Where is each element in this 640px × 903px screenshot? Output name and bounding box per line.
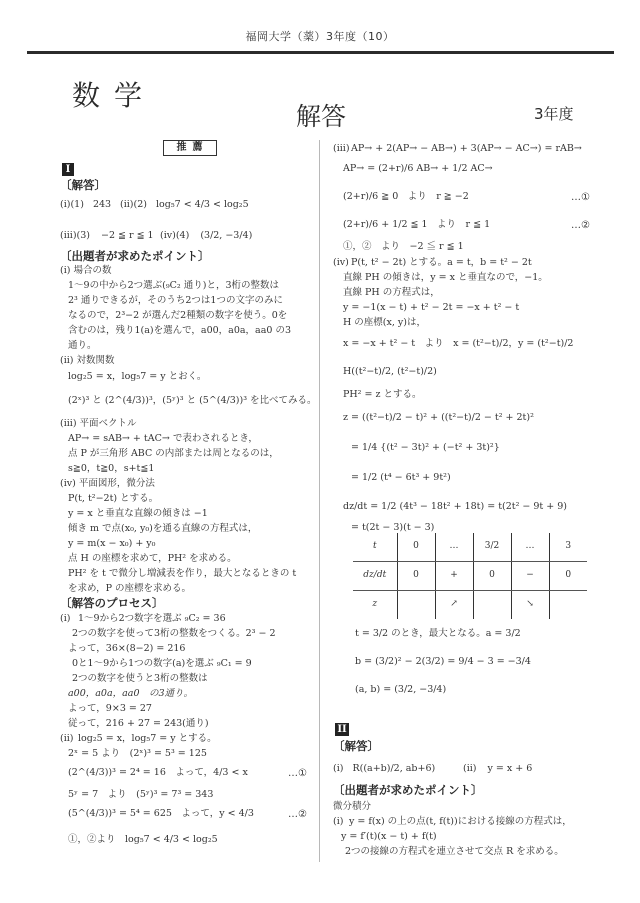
page-title: 解答 <box>296 97 346 133</box>
process-i-line: よって，9×3 = 27 <box>68 702 152 716</box>
increase-decrease-table: t 0 … 3/2 … 3 dz/dt 0 + 0 − 0 z ↗ ↘ <box>353 533 587 619</box>
point-iv-line: PH² を t で微分し増減表を作り，最大となるときの t <box>68 567 296 581</box>
answer-4: (iv)(4) (3/2, −3/4) <box>160 229 252 243</box>
process-i-line: a00，a0a，aa0 の3通り。 <box>68 687 193 701</box>
point-i-line: なるので，2³−2 が選んだ2種類の数字を使う。0を <box>68 309 287 323</box>
point-iv-line: y = m(x − x₀) + y₀ <box>68 537 156 551</box>
iv-line: dz/dt = 1/2 (4t³ − 18t² + 18t) = t(2t² −… <box>343 500 567 514</box>
process-i-line: 2つの数字を使って3桁の整数をつくる。2³ − 2 <box>72 627 276 641</box>
year-label: 3年度 <box>534 103 574 124</box>
ii-points-line: 2つの接線の方程式を連立させて交点 R を求める。 <box>345 845 564 859</box>
point-iv-line: 点 H の座標を求めて，PH² を求める。 <box>68 552 237 566</box>
ii-points-line: y = f′(t)(x − t) + f(t) <box>341 830 437 844</box>
iii-line: ①，② より −2 ≦ r ≦ 1 <box>343 240 464 254</box>
equation-mark-1: …① <box>288 766 307 781</box>
table-cell: 0 <box>473 561 511 590</box>
iv-line: x = −x + t² − t より x = (t²−t)/2，y = (t²−… <box>343 337 573 351</box>
iv-conclusion-line: t = 3/2 のとき，最大となる。a = 3/2 <box>355 627 521 641</box>
answers-heading: 〔解答〕 <box>333 738 379 755</box>
table-cell: + <box>435 561 473 590</box>
iv-conclusion-line: b = (3/2)² − 2(3/2) = 9/4 − 3 = −3/4 <box>355 655 531 669</box>
ii-answer-1-value: R((a+b)/2, ab+6) <box>352 763 435 774</box>
table-cell <box>397 590 435 619</box>
table-cell: … <box>511 533 549 561</box>
iv-line: H の座標(x, y)は， <box>343 316 426 330</box>
point-iv-line: P(t, t²−2t) とする。 <box>68 492 158 506</box>
roman-numeral-II: II <box>335 723 349 736</box>
answer-2-value: log₅7 < 4/3 < log₂5 <box>156 199 249 210</box>
table-cell: 0 <box>397 561 435 590</box>
process-heading: 〔解答のプロセス〕 <box>60 595 164 612</box>
table-row: z ↗ ↘ <box>353 590 587 619</box>
iii-line: (2+r)/6 + 1/2 ≦ 1 より r ≦ 1 <box>343 218 490 232</box>
ii-answer-2-label: (ii) <box>463 763 477 774</box>
ii-answer-2: (ii) y = x + 6 <box>463 762 532 776</box>
point-iii-line: s≧0，t≧0，s+t≦1 <box>68 462 154 476</box>
table-row: t 0 … 3/2 … 3 <box>353 533 587 561</box>
decrease-arrow-icon: ↘ <box>511 590 549 619</box>
equation-mark-2: …② <box>571 218 590 233</box>
process-ii-line: (5^(4/3))³ = 5⁴ = 625 よって，y < 4/3 <box>68 807 254 821</box>
ii-points-label: (i) <box>333 815 343 829</box>
process-ii-line: 5ʸ = 7 より (5ʸ)³ = 7³ = 343 <box>68 788 213 802</box>
roman-numeral-I: I <box>62 163 74 176</box>
iv-line: = 1/4 {(t² − 3t)² + (−t² + 3t)²} <box>351 441 500 455</box>
point-i-line: 1〜9の中から2つ選ぶ(₉C₂ 通り)と，3桁の整数は <box>68 279 279 293</box>
answer-4-value: (3/2, −3/4) <box>200 230 252 241</box>
ii-answer-2-value: y = x + 6 <box>488 763 533 774</box>
point-iii-title: (iii) 平面ベクトル <box>60 417 137 431</box>
table-cell: 0 <box>397 533 435 561</box>
process-ii-line: log₂5 = x，log₅7 = y とする。 <box>78 732 217 746</box>
process-i-label: (i) <box>60 612 70 626</box>
answer-3: (iii)(3) −2 ≦ r ≦ 1 <box>60 229 154 243</box>
process-i-line: よって，36×(8−2) = 216 <box>68 642 185 656</box>
process-ii-line: ①，②より log₅7 < 4/3 < log₂5 <box>68 833 218 847</box>
ii-answer-1: (i) R((a+b)/2, ab+6) <box>333 762 435 776</box>
table-row-header: dz/dt <box>353 561 397 590</box>
answers-heading: 〔解答〕 <box>60 177 106 194</box>
iv-label: (iv) <box>333 256 349 270</box>
answer-4-label: (iv)(4) <box>160 230 189 241</box>
iv-line: z = ((t²−t)/2 − t)² + ((t²−t)/2 − t² + 2… <box>343 411 534 425</box>
point-i-line: 含むのは，残り1(a)を選んで，a00，a0a，aa0 の3 <box>68 324 291 338</box>
iv-line: 直線 PH の方程式は， <box>343 286 440 300</box>
answer-2: (ii)(2) log₅7 < 4/3 < log₂5 <box>120 198 249 212</box>
recommend-label: 推薦 <box>163 140 217 156</box>
table-row: dz/dt 0 + 0 − 0 <box>353 561 587 590</box>
iv-line: PH² = z とする。 <box>343 388 422 402</box>
points-heading: 〔出題者が求めたポイント〕 <box>333 782 483 799</box>
table-row-header: t <box>353 533 397 561</box>
process-i-line: 従って，216 + 27 = 243(通り) <box>68 717 209 731</box>
point-ii-title: (ii) 対数関数 <box>60 354 115 368</box>
header-rule <box>27 51 614 54</box>
point-iv-line: y = x と垂直な直線の傾きは −1 <box>68 507 208 521</box>
process-i-line: 1〜9から2つ数字を選ぶ ₉C₂ = 36 <box>78 612 226 626</box>
iii-line: AP→ = (2+r)/6 AB→ + 1/2 AC→ <box>343 162 493 176</box>
iv-line: P(t, t² − 2t) とする。a = t，b = t² − 2t <box>351 256 532 270</box>
iv-line: y = −1(x − t) + t² − 2t = −x + t² − t <box>343 301 519 315</box>
table-cell: 3 <box>549 533 587 561</box>
answer-3-label: (iii)(3) <box>60 230 90 241</box>
iv-line: 直線 PH の傾きは，y = x と垂直なので，−1。 <box>343 271 548 285</box>
column-divider <box>319 140 320 862</box>
answer-2-label: (ii)(2) <box>120 199 147 210</box>
answer-1-value: 243 <box>93 199 111 210</box>
point-iii-line: 点 P が三角形 ABC の内部または周となるのは， <box>68 447 279 461</box>
section-II-badge: II <box>335 722 349 737</box>
process-ii-line: 2ˣ = 5 より (2ˣ)³ = 5³ = 125 <box>68 747 207 761</box>
points-heading: 〔出題者が求めたポイント〕 <box>60 248 210 265</box>
process-ii-label: (ii) <box>60 732 74 746</box>
point-ii-line: (2ˣ)³ と (2^(4/3))³，(5ʸ)³ と (5^(4/3))³ を比… <box>68 394 317 408</box>
section-I-badge: I <box>62 162 74 177</box>
iv-conclusion-line: (a, b) = (3/2, −3/4) <box>355 683 446 697</box>
point-iii-line: AP→ = sAB→ + tAC→ で表わされるとき， <box>68 432 258 446</box>
increase-arrow-icon: ↗ <box>435 590 473 619</box>
point-i-line: 2³ 通りできるが，そのうち2つは1つの文字のみに <box>68 294 283 308</box>
table-cell <box>473 590 511 619</box>
table-cell: − <box>511 561 549 590</box>
iv-line: = 1/2 (t⁴ − 6t³ + 9t²) <box>351 471 451 485</box>
point-i-title: (i) 場合の数 <box>60 264 111 278</box>
table-cell: 0 <box>549 561 587 590</box>
subject-title: 数学 <box>72 74 156 114</box>
process-i-line: 0と1〜9から1つの数字(a)を選ぶ ₉C₁ = 9 <box>72 657 252 671</box>
process-ii-line: (2^(4/3))³ = 2⁴ = 16 よって，4/3 < x <box>68 766 248 780</box>
ii-topic: 微分積分 <box>333 800 371 814</box>
table-cell: 3/2 <box>473 533 511 561</box>
point-ii-line: log₂5 = x，log₅7 = y とおく。 <box>68 370 206 384</box>
answer-3-value: −2 ≦ r ≦ 1 <box>101 230 154 241</box>
table-cell: … <box>435 533 473 561</box>
iii-line: (2+r)/6 ≧ 0 より r ≧ −2 <box>343 190 469 204</box>
table-cell <box>549 590 587 619</box>
table-row-header: z <box>353 590 397 619</box>
equation-mark-2: …② <box>288 807 307 822</box>
iii-line: AP→ + 2(AP→ − AB→) + 3(AP→ − AC→) = rAB→ <box>351 142 582 156</box>
running-head: 福岡大学（薬）3年度（10） <box>0 28 640 44</box>
point-iv-line: 傾き m で点(x₀, y₀)を通る直線の方程式は， <box>68 522 257 536</box>
iii-label: (iii) <box>333 142 350 156</box>
equation-mark-1: …① <box>571 190 590 205</box>
answer-1: (i)(1) 243 <box>60 198 111 212</box>
point-i-line: 通り。 <box>68 339 97 353</box>
answer-1-label: (i)(1) <box>60 199 84 210</box>
process-i-line: 2つの数字を使うと3桁の整数は <box>72 672 208 686</box>
point-iv-title: (iv) 平面図形，微分法 <box>60 477 155 491</box>
ii-answer-1-label: (i) <box>333 763 343 774</box>
ii-points-line: y = f(x) の上の点(t, f(t))における接線の方程式は， <box>349 815 572 829</box>
iv-line: H((t²−t)/2, (t²−t)/2) <box>343 365 437 379</box>
